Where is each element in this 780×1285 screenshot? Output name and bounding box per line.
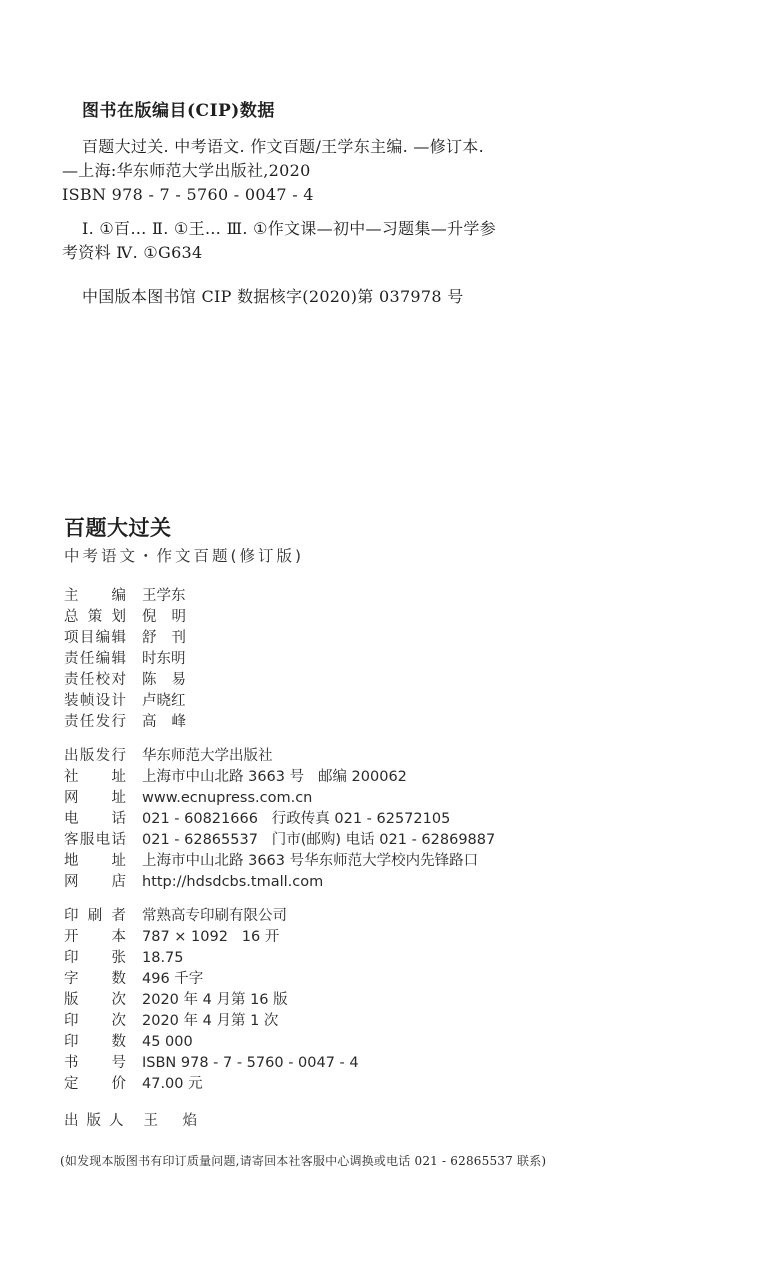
- publisher-person: 出版人 王 焰: [64, 1109, 704, 1130]
- info-label: 主编: [64, 586, 126, 607]
- info-row: 责任校对陈易: [64, 670, 704, 691]
- info-value: 陈易: [142, 670, 186, 691]
- info-row: 印刷者常熟高专印刷有限公司: [64, 906, 704, 927]
- info-row: 客服电话021 - 62865537 门市(邮购) 电话 021 - 62869…: [64, 830, 704, 851]
- info-label: 印张: [64, 948, 126, 969]
- info-value: 47.00 元: [142, 1074, 203, 1095]
- info-row: 印张18.75: [64, 948, 704, 969]
- cip-bibliographic-entry: 百题大过关. 中考语文. 作文百题/王学东主编. —修订本. —上海:华东师范大…: [62, 135, 502, 207]
- info-label: 印数: [64, 1032, 126, 1053]
- info-row: 出版发行华东师范大学出版社: [64, 746, 704, 767]
- info-label: 书号: [64, 1053, 126, 1074]
- info-label: 电话: [64, 809, 126, 830]
- info-label: 客服电话: [64, 830, 126, 851]
- info-value: 舒刊: [142, 628, 186, 649]
- info-value: www.ecnupress.com.cn: [142, 788, 312, 809]
- info-row: 地址上海市中山北路 3663 号华东师范大学校内先锋路口: [64, 851, 704, 872]
- info-label: 总策划: [64, 607, 126, 628]
- info-row: 字数496 千字: [64, 969, 704, 990]
- info-row: 总策划倪明: [64, 607, 704, 628]
- info-label: 社址: [64, 767, 126, 788]
- info-value: http://hdsdcbs.tmall.com: [142, 872, 323, 893]
- info-label: 定价: [64, 1074, 126, 1095]
- info-label: 责任发行: [64, 712, 126, 733]
- info-label: 项目编辑: [64, 628, 126, 649]
- info-row: 责任发行高峰: [64, 712, 704, 733]
- publisher-person-value: 王 焰: [144, 1109, 208, 1130]
- info-row: 责任编辑时东明: [64, 649, 704, 670]
- info-row: 项目编辑舒刊: [64, 628, 704, 649]
- info-value: 上海市中山北路 3663 号 邮编 200062: [142, 767, 407, 788]
- info-label: 网店: [64, 872, 126, 893]
- book-title: 百题大过关: [64, 512, 704, 542]
- info-label: 地址: [64, 851, 126, 872]
- info-row: 印次2020 年 4 月第 1 次: [64, 1011, 704, 1032]
- staff-list: 主编王学东总策划倪明项目编辑舒刊责任编辑时东明责任校对陈易装帧设计卢晓红责任发行…: [64, 586, 704, 733]
- info-value: 787 × 1092 16 开: [142, 927, 279, 948]
- info-value: 高峰: [142, 712, 186, 733]
- publisher-info-list: 出版发行华东师范大学出版社社址上海市中山北路 3663 号 邮编 200062网…: [64, 746, 704, 893]
- info-label: 装帧设计: [64, 691, 126, 712]
- info-label: 开本: [64, 927, 126, 948]
- info-row: 定价47.00 元: [64, 1074, 704, 1095]
- info-label: 印刷者: [64, 906, 126, 927]
- cip-data-block: 图书在版编目(CIP)数据 百题大过关. 中考语文. 作文百题/王学东主编. —…: [62, 96, 502, 309]
- info-label: 责任校对: [64, 670, 126, 691]
- print-info-list: 印刷者常熟高专印刷有限公司开本787 × 1092 16 开印张18.75字数4…: [64, 906, 704, 1095]
- info-value: 18.75: [142, 948, 184, 969]
- info-label: 字数: [64, 969, 126, 990]
- info-value: 2020 年 4 月第 16 版: [142, 990, 288, 1011]
- info-row: 社址上海市中山北路 3663 号 邮编 200062: [64, 767, 704, 788]
- info-row: 印数45 000: [64, 1032, 704, 1053]
- info-row: 装帧设计卢晓红: [64, 691, 704, 712]
- info-value: 常熟高专印刷有限公司: [142, 906, 287, 927]
- info-row: 开本787 × 1092 16 开: [64, 927, 704, 948]
- info-label: 责任编辑: [64, 649, 126, 670]
- info-value: 45 000: [142, 1032, 193, 1053]
- info-row: 网址www.ecnupress.com.cn: [64, 788, 704, 809]
- quality-notice: (如发现本版图书有印订质量问题,请寄回本社客服中心调换或电话 021 - 628…: [60, 1152, 704, 1169]
- info-value: ISBN 978 - 7 - 5760 - 0047 - 4: [142, 1053, 359, 1074]
- info-label: 印次: [64, 1011, 126, 1032]
- info-value: 2020 年 4 月第 1 次: [142, 1011, 278, 1032]
- info-value: 王学东: [142, 586, 186, 607]
- info-row: 版次2020 年 4 月第 16 版: [64, 990, 704, 1011]
- info-value: 496 千字: [142, 969, 203, 990]
- info-row: 网店http://hdsdcbs.tmall.com: [64, 872, 704, 893]
- info-value: 时东明: [142, 649, 186, 670]
- info-value: 上海市中山北路 3663 号华东师范大学校内先锋路口: [142, 851, 478, 872]
- cip-entry-text: 百题大过关. 中考语文. 作文百题/王学东主编. —修订本. —上海:华东师范大…: [62, 137, 484, 180]
- info-label: 版次: [64, 990, 126, 1011]
- info-value: 021 - 60821666 行政传真 021 - 62572105: [142, 809, 450, 830]
- info-value: 卢晓红: [142, 691, 186, 712]
- info-row: 电话021 - 60821666 行政传真 021 - 62572105: [64, 809, 704, 830]
- info-row: 主编王学东: [64, 586, 704, 607]
- cip-subject-headings: Ⅰ. ①百… Ⅱ. ①王… Ⅲ. ①作文课—初中—习题集—升学参考资料 Ⅳ. ①…: [62, 217, 502, 265]
- info-value: 021 - 62865537 门市(邮购) 电话 021 - 62869887: [142, 830, 495, 851]
- cip-isbn: ISBN 978 - 7 - 5760 - 0047 - 4: [62, 185, 314, 204]
- info-label: 出版发行: [64, 746, 126, 767]
- colophon: 百题大过关 中考语文・作文百题(修订版) 主编王学东总策划倪明项目编辑舒刊责任编…: [64, 512, 704, 1169]
- info-value: 倪明: [142, 607, 186, 628]
- info-value: 华东师范大学出版社: [142, 746, 273, 767]
- book-subtitle: 中考语文・作文百题(修订版): [64, 544, 704, 566]
- info-label: 网址: [64, 788, 126, 809]
- publisher-person-label: 出版人: [64, 1109, 132, 1130]
- info-row: 书号ISBN 978 - 7 - 5760 - 0047 - 4: [64, 1053, 704, 1074]
- cip-approval-number: 中国版本图书馆 CIP 数据核字(2020)第 037978 号: [62, 285, 502, 309]
- cip-title: 图书在版编目(CIP)数据: [82, 96, 502, 121]
